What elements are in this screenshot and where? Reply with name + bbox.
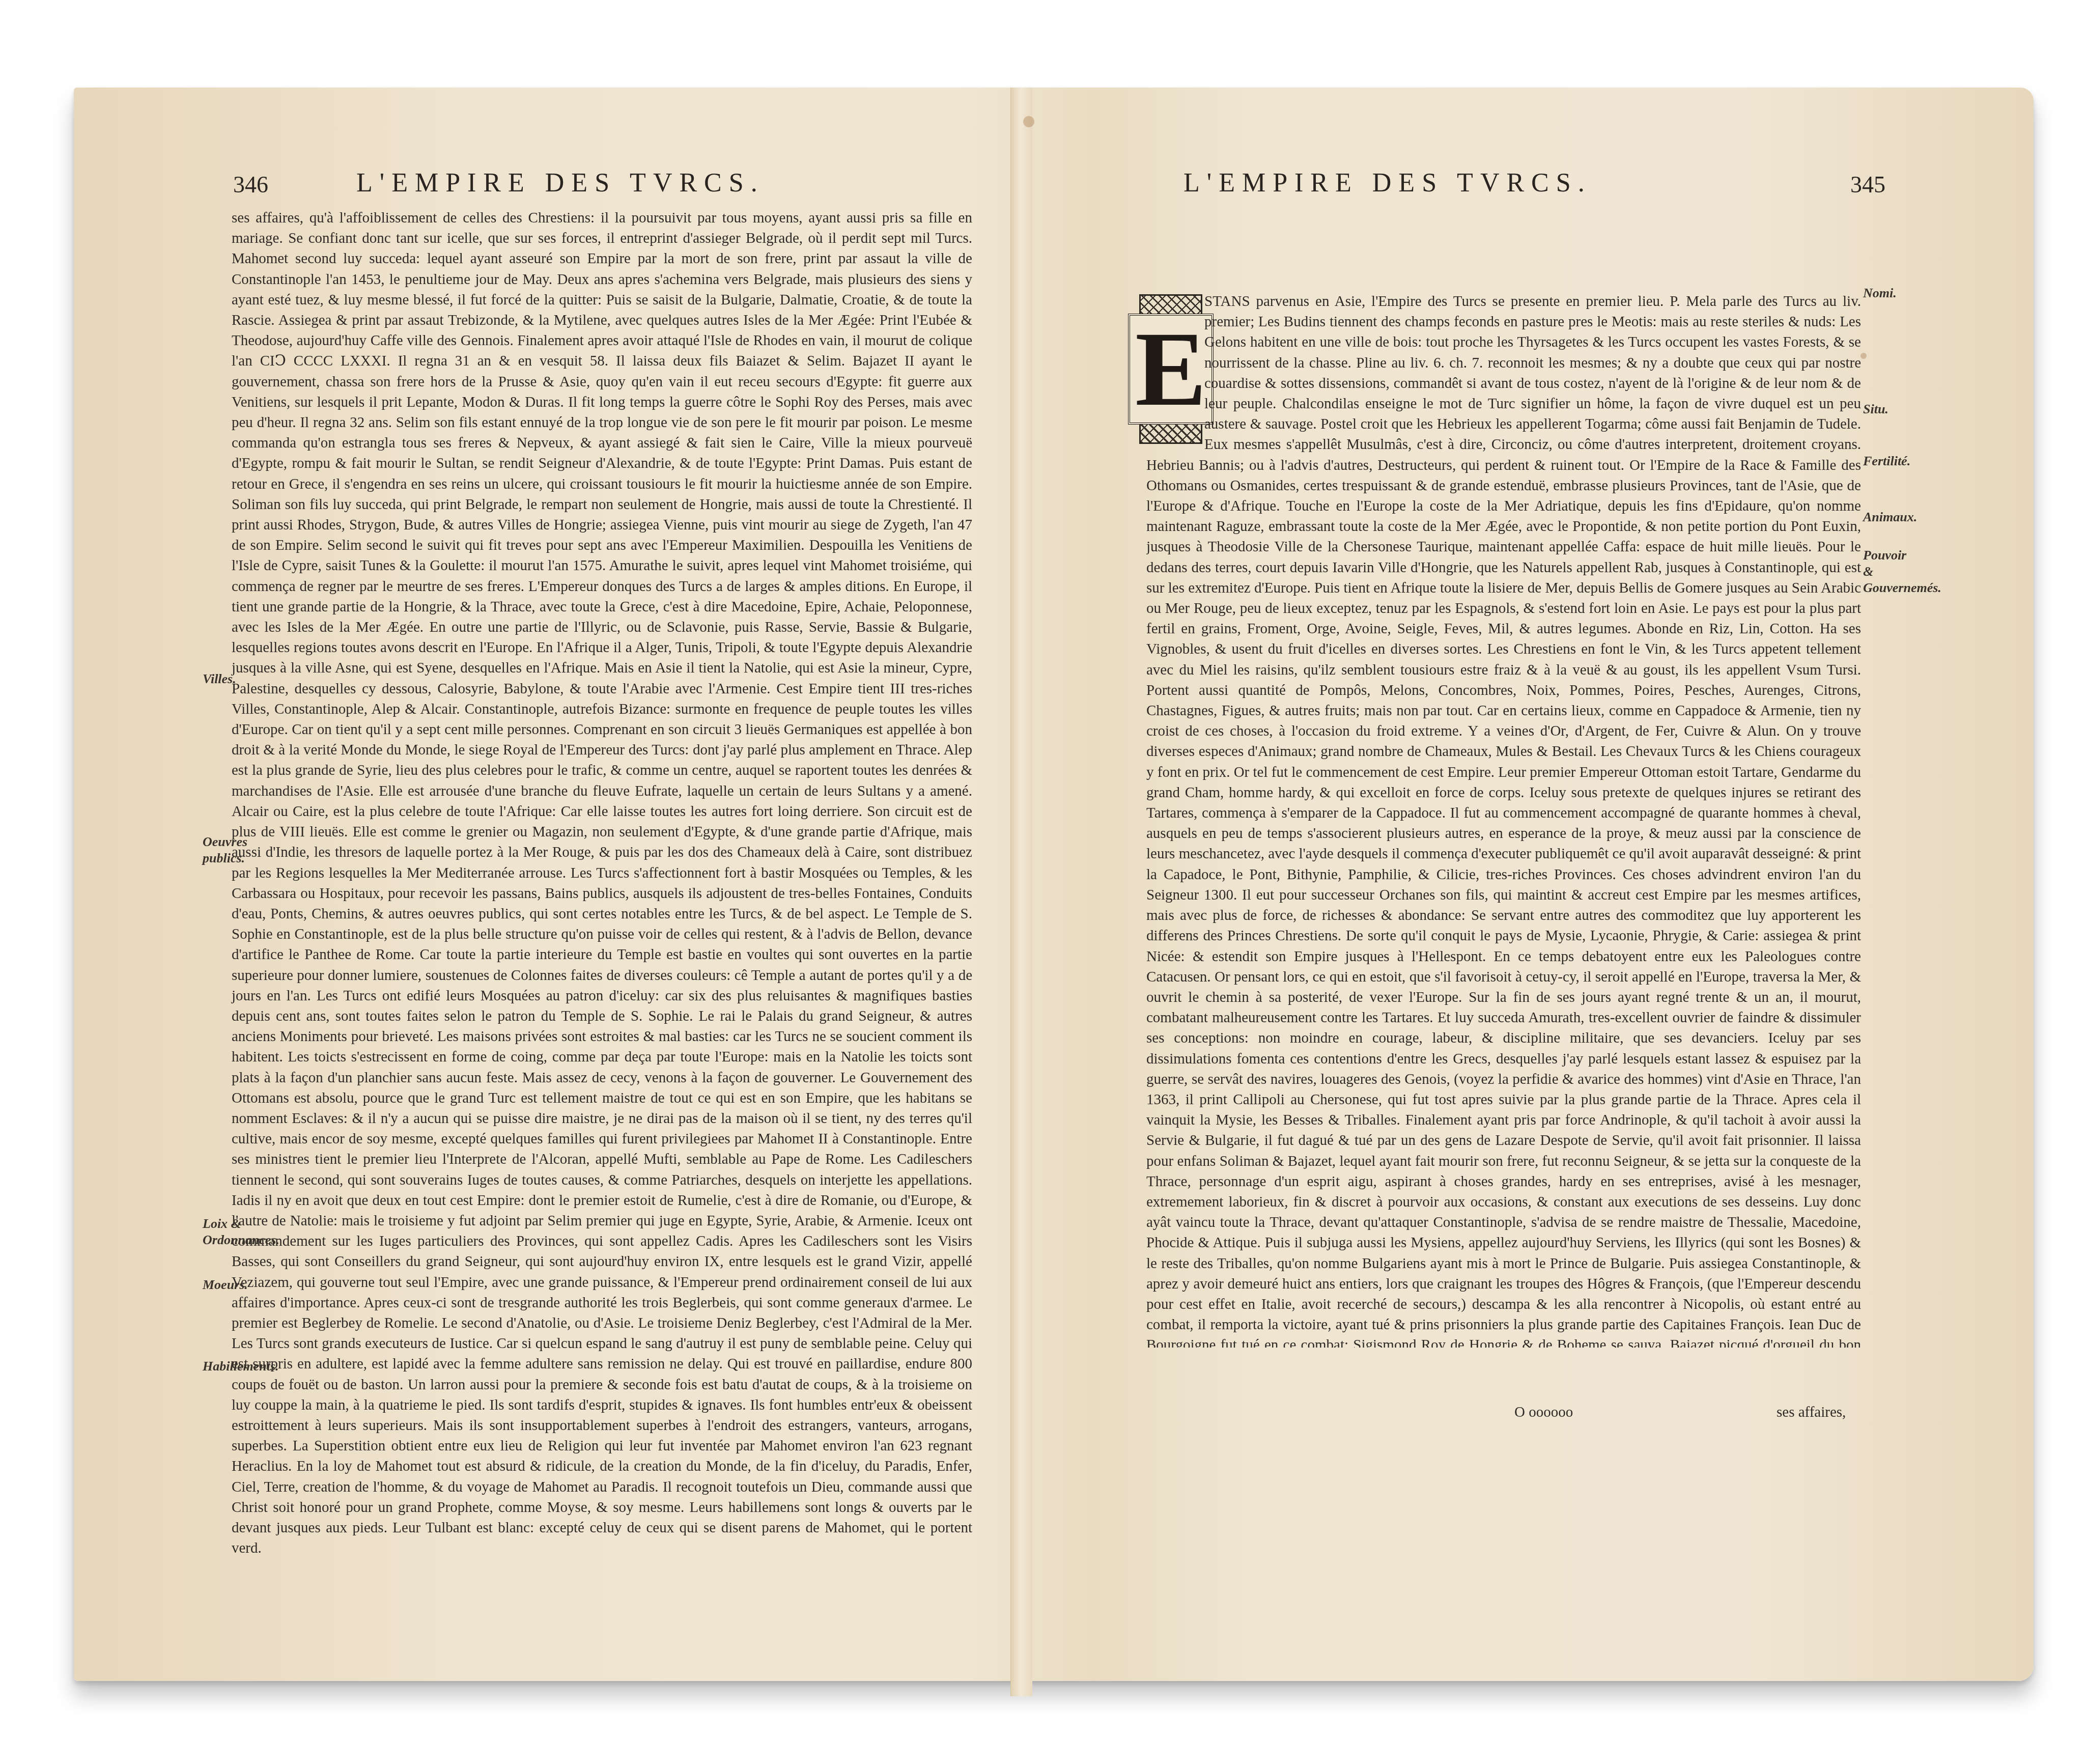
right-page-body-continued: STANS parvenus en Asie, l'Empire des Tur… [1146, 459, 1861, 1348]
margin-note-oeuvres-publics: Oeuvres publics. [203, 834, 259, 866]
drop-cap-letter: E [1128, 314, 1214, 425]
signature-mark: O oooooo [1514, 1404, 1573, 1421]
left-page-body: ses affaires, qu'à l'affoiblissement de … [232, 208, 972, 1558]
decorated-initial: E [1139, 294, 1202, 444]
right-running-head: L'EMPIRE DES TVRCS. [1184, 168, 1592, 198]
foxing-stain [1861, 353, 1867, 359]
margin-note-pouvoir: Pouvoir & Gouvernemés. [1863, 547, 1919, 596]
left-running-head: L'EMPIRE DES TVRCS. [356, 168, 765, 198]
left-body-paragraph: ses affaires, qu'à l'affoiblissement de … [232, 208, 972, 1558]
right-page-number: 345 [1850, 171, 1885, 198]
margin-note-noms: Nomi. [1863, 285, 1919, 301]
margin-note-moeurs: Moeurs. [203, 1277, 259, 1293]
margin-note-animaux: Animaux. [1863, 509, 1919, 525]
right-body-paragraph-cont: STANS parvenus en Asie, l'Empire des Tur… [1146, 459, 1861, 1348]
right-page-body-intro: STANS parvenus en Asie, l'Empire des Tur… [1204, 291, 1861, 459]
margin-note-loix: Loix & Ordonnances. [203, 1216, 259, 1248]
margin-note-villes: Villes. [203, 671, 259, 687]
margin-note-situ: Situ. [1863, 401, 1919, 417]
margin-note-habillements: Habillements. [203, 1358, 259, 1375]
right-body-paragraph: STANS parvenus en Asie, l'Empire des Tur… [1204, 291, 1861, 459]
catchword: ses affaires, [1777, 1404, 1846, 1421]
left-page-number: 346 [233, 171, 268, 198]
margin-note-fertilite: Fertilité. [1863, 453, 1919, 469]
gutter-fold [1010, 88, 1032, 1696]
foxing-stain [1023, 116, 1034, 127]
